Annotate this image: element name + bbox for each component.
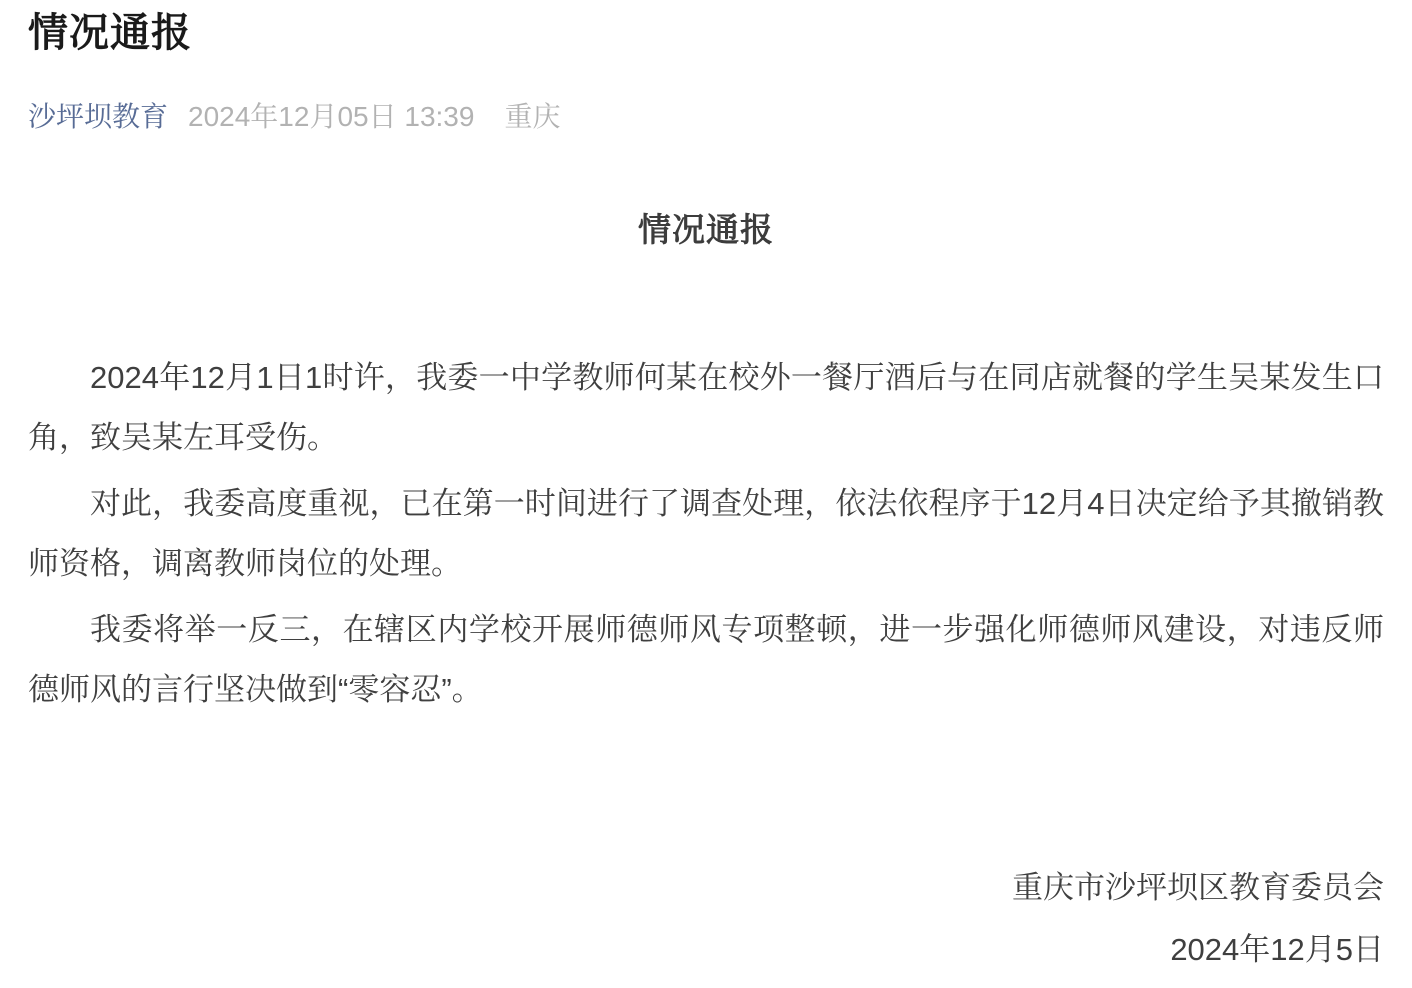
article-paragraph-3: 我委将举一反三，在辖区内学校开展师德师风专项整顿，进一步强化师德师风建设，对违反…	[28, 600, 1384, 720]
article-page: 情况通报 沙坪坝教育 2024年12月05日 13:39 重庆 情况通报 202…	[0, 0, 1412, 988]
page-title: 情况通报	[28, 0, 1384, 60]
article-title: 情况通报	[28, 208, 1384, 252]
publish-datetime: 2024年12月05日 13:39	[188, 100, 474, 134]
publish-location: 重庆	[504, 100, 560, 134]
article-paragraph-1: 2024年12月1日1时许，我委一中学教师何某在校外一餐厅酒后与在同店就餐的学生…	[28, 348, 1384, 468]
signature-org: 重庆市沙坪坝区教育委员会	[28, 857, 1384, 919]
signature-block: 重庆市沙坪坝区教育委员会 2024年12月5日	[28, 857, 1384, 981]
byline: 沙坪坝教育 2024年12月05日 13:39 重庆	[28, 100, 1384, 134]
source-link[interactable]: 沙坪坝教育	[28, 100, 168, 134]
signature-date: 2024年12月5日	[28, 919, 1384, 981]
article-paragraph-2: 对此，我委高度重视，已在第一时间进行了调查处理，依法依程序于12月4日决定给予其…	[28, 474, 1384, 594]
article-body: 2024年12月1日1时许，我委一中学教师何某在校外一餐厅酒后与在同店就餐的学生…	[28, 348, 1384, 720]
